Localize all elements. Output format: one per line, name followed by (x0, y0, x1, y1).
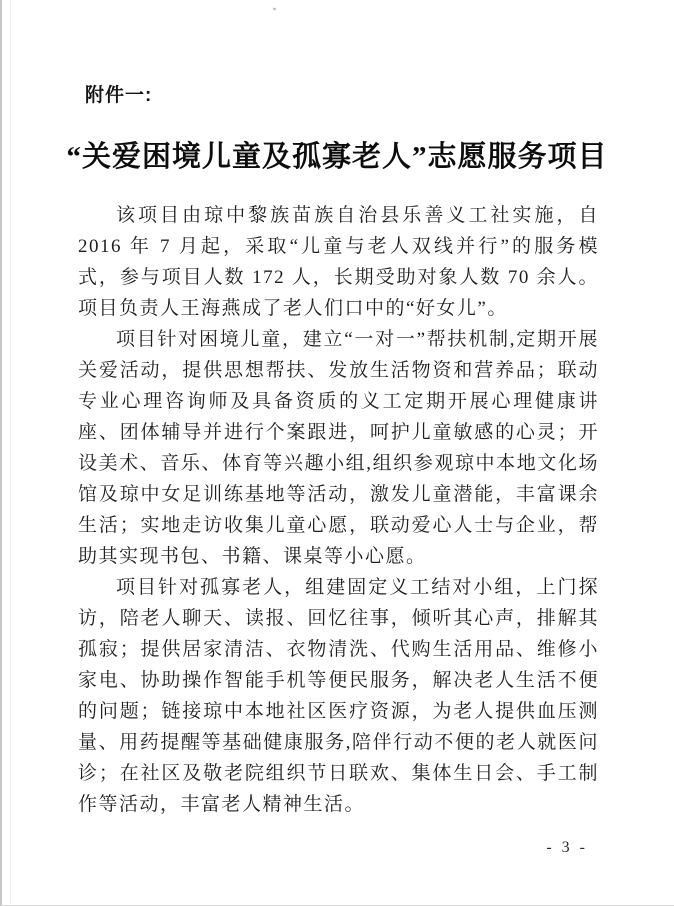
document-body: 该项目由琼中黎族苗族自治县乐善义工社实施，自 2016 年 7 月起，采取“儿童… (78, 200, 599, 820)
scanned-document-page: 附件一: “关爱困境儿童及孤寡老人”志愿服务项目 该项目由琼中黎族苗族自治县乐善… (0, 0, 674, 906)
paragraph-children-services: 项目针对困境儿童，建立“一对一”帮扶机制,定期开展关爱活动，提供思想帮扶、发放生… (78, 324, 599, 572)
page-number: - 3 - (546, 839, 588, 857)
attachment-label: 附件一: (85, 80, 152, 107)
scan-speck (273, 7, 277, 10)
document-title: “关爱困境儿童及孤寡老人”志愿服务项目 (0, 134, 674, 175)
paragraph-project-overview: 该项目由琼中黎族苗族自治县乐善义工社实施，自 2016 年 7 月起，采取“儿童… (78, 200, 599, 324)
paragraph-elderly-services: 项目针对孤寡老人，组建固定义工结对小组，上门探访，陪老人聊天、读报、回忆往事，倾… (78, 572, 599, 820)
